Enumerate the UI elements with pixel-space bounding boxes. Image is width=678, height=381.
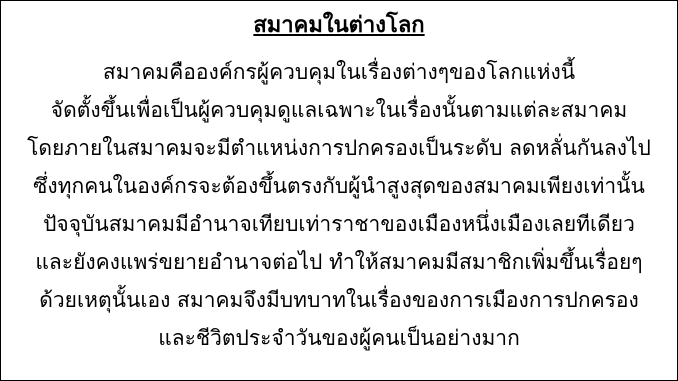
paragraph-line: จัดตั้งขึ้นเพื่อเป็นผู้ควบคุมดูแลเฉพาะใน… (1, 91, 677, 129)
page-title: สมาคมในต่างโลก (1, 11, 677, 41)
paragraph-line: และยังคงแพร่ขยายอำนาจต่อไป ทำให้สมาคมมีส… (1, 243, 677, 281)
paragraph-line: โดยภายในสมาคมจะมีตำแหน่งการปกครองเป็นระด… (1, 129, 677, 167)
paragraph-line: ด้วยเหตุนั้นเอง สมาคมจึงมีบทบาทในเรื่องข… (1, 281, 677, 319)
paragraph-line: ปัจจุบันสมาคมมีอำนาจเทียบเท่าราชาของเมือ… (1, 205, 677, 243)
paragraph: สมาคมคือองค์กรผู้ควบคุมในเรื่องต่างๆของโ… (1, 53, 677, 357)
document-page: สมาคมในต่างโลก สมาคมคือองค์กรผู้ควบคุมใน… (0, 0, 678, 381)
paragraph-line: สมาคมคือองค์กรผู้ควบคุมในเรื่องต่างๆของโ… (1, 53, 677, 91)
paragraph-line: ซึ่งทุกคนในองค์กรจะต้องขึ้นตรงกับผู้นำสู… (1, 167, 677, 205)
paragraph-line: และชีวิตประจำวันของผู้คนเป็นอย่างมาก (1, 319, 677, 357)
